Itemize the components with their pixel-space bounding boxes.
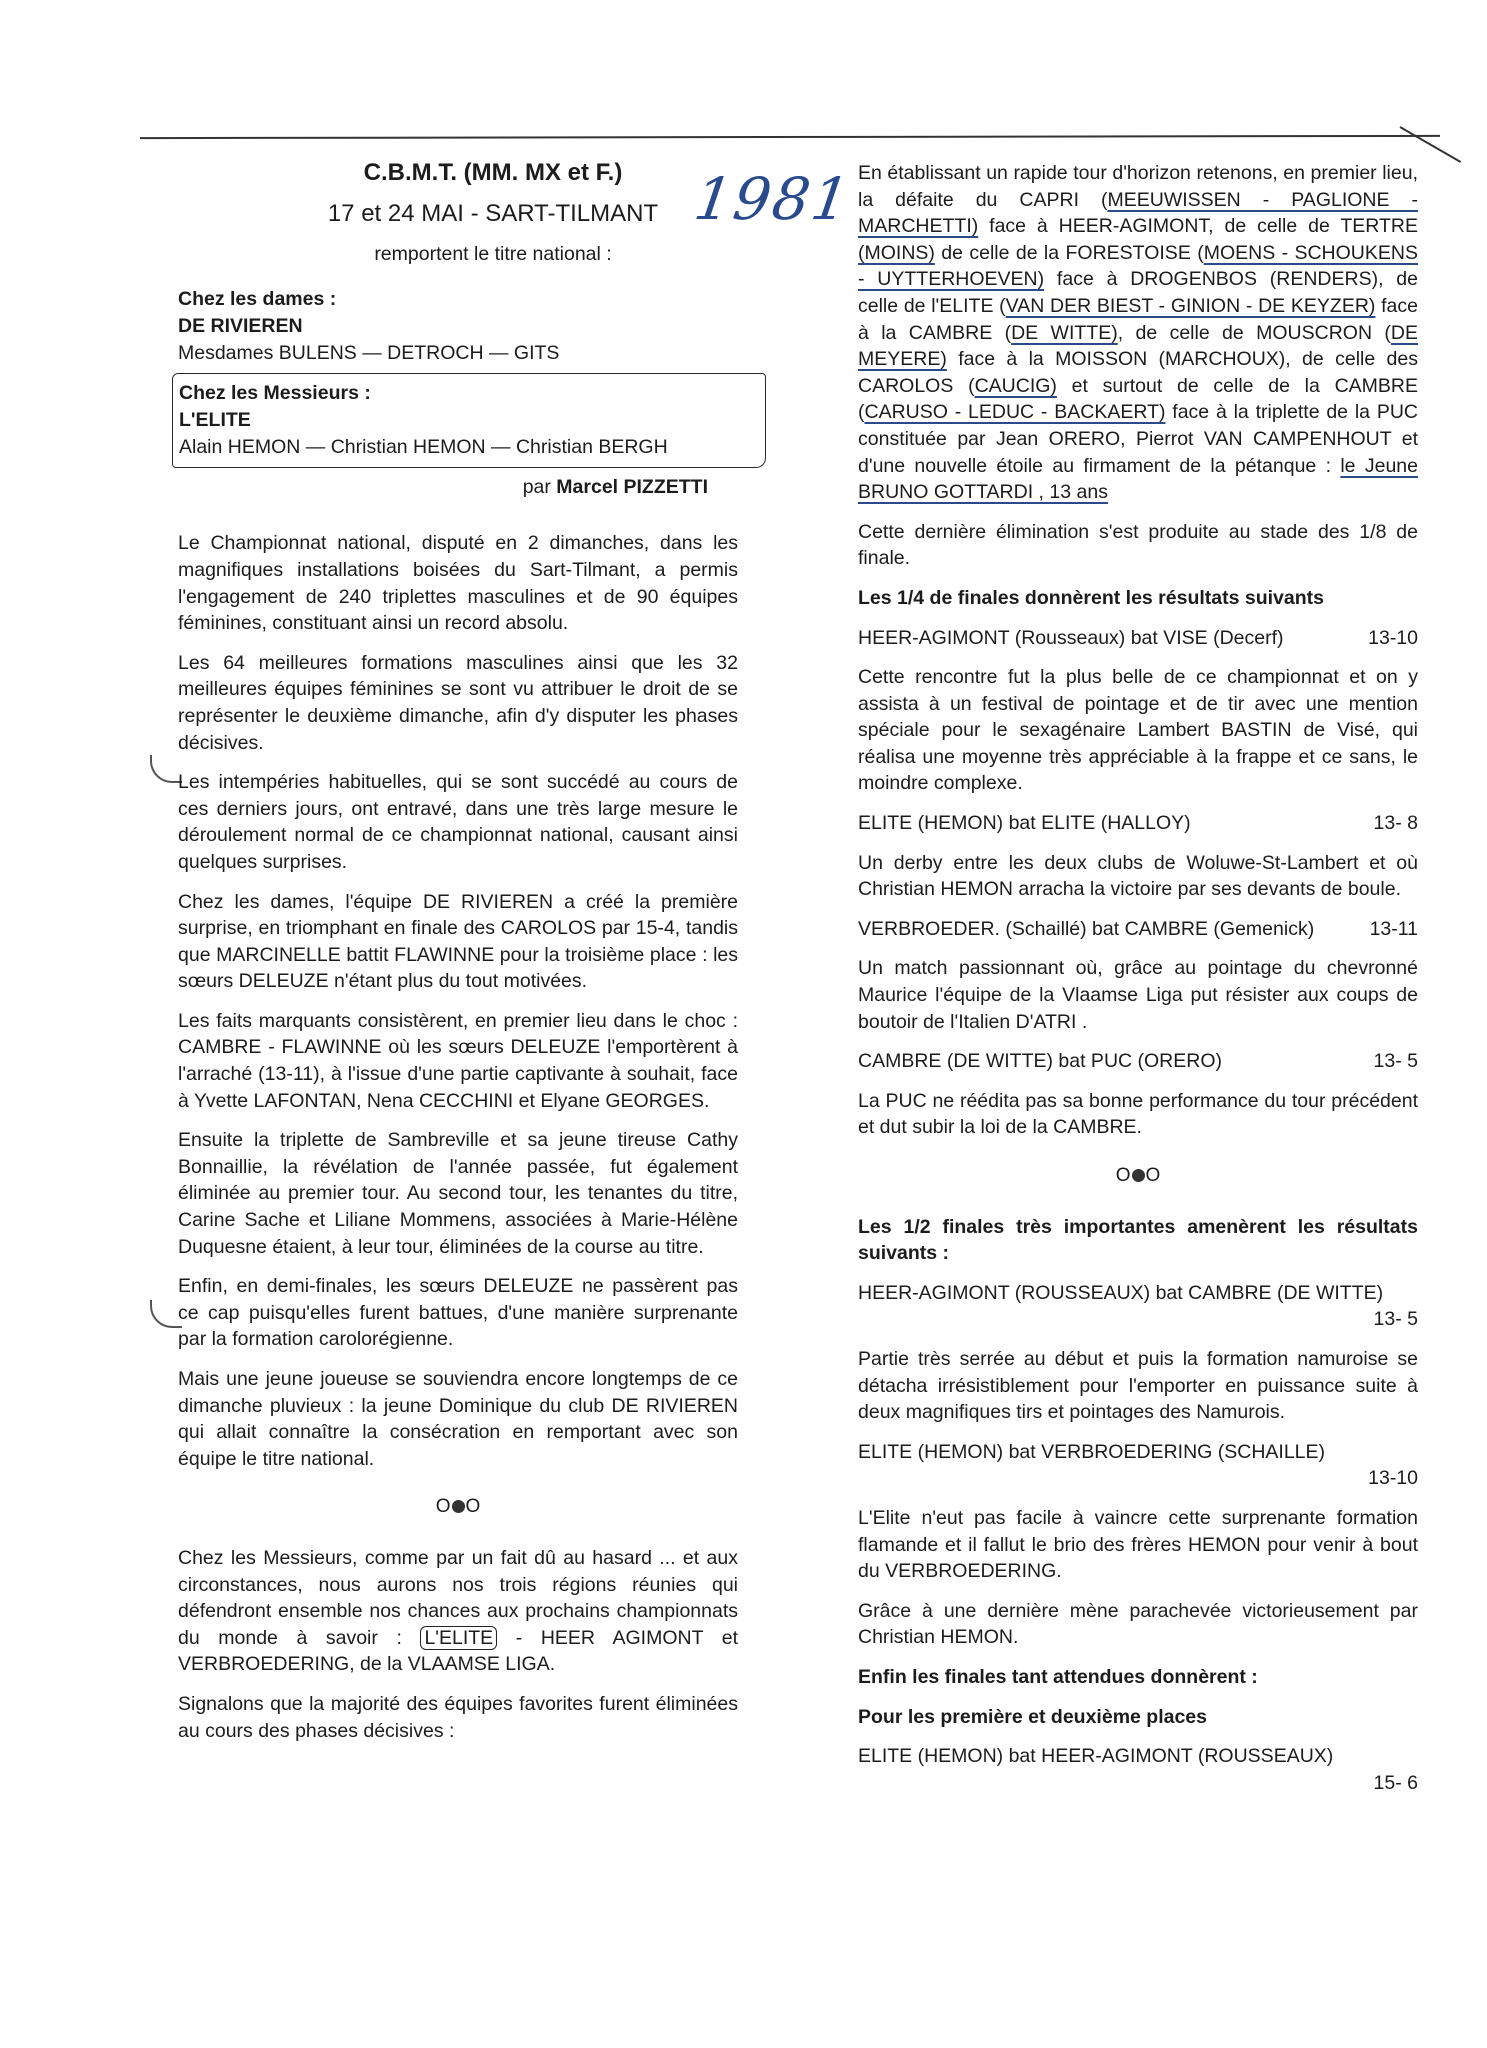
elimination-note: Cette dernière élimination s'est produit… xyxy=(858,519,1418,572)
circled-team: L'ELITE xyxy=(420,1626,497,1650)
semi-finals-heading: Les 1/2 finales très importantes amenère… xyxy=(858,1214,1418,1267)
match: ELITE (HEMON) bat VERBROEDERING (SCHAILL… xyxy=(858,1439,1418,1466)
result-row: CAMBRE (DE WITTE) bat PUC (ORERO)13- 5 xyxy=(858,1048,1418,1075)
match: ELITE (HEMON) bat HEER-AGIMONT (ROUSSEAU… xyxy=(858,1743,1418,1770)
article-title: C.B.M.T. (MM. MX et F.) xyxy=(178,160,738,187)
match-comment: Grâce à une dernière mène parachevée vic… xyxy=(858,1598,1418,1651)
article-tagline: remportent le titre national : xyxy=(178,241,738,268)
result-row: ELITE (HEMON) bat ELITE (HALLOY)13- 8 xyxy=(858,810,1418,837)
score: 13- 5 xyxy=(858,1306,1418,1333)
paragraph-messieurs: Chez les Messieurs, comme par un fait dû… xyxy=(178,1545,738,1678)
dames-team: DE RIVIEREN xyxy=(178,313,738,340)
finals-subheading: Pour les première et deuxième places xyxy=(858,1704,1418,1731)
article-subtitle: 17 et 24 MAI - SART-TILMANT xyxy=(178,201,738,228)
match-comment: Un derby entre les deux clubs de Woluwe-… xyxy=(858,850,1418,903)
match-comment: La PUC ne réédita pas sa bonne performan… xyxy=(858,1088,1418,1141)
paragraph: Les 64 meilleures formations masculines … xyxy=(178,650,738,756)
paragraph: Les faits marquants consistèrent, en pre… xyxy=(178,1008,738,1114)
page-top-edge xyxy=(140,135,1440,139)
result-row: ELITE (HEMON) bat VERBROEDERING (SCHAILL… xyxy=(858,1439,1418,1492)
paragraph: Chez les dames, l'équipe DE RIVIEREN a c… xyxy=(178,889,738,995)
match-comment: Cette rencontre fut la plus belle de ce … xyxy=(858,664,1418,797)
match: VERBROEDER. (Schaillé) bat CAMBRE (Gemen… xyxy=(858,916,1314,943)
match-comment: L'Elite n'eut pas facile à vaincre cette… xyxy=(858,1505,1418,1585)
paragraph: Signalons que la majorité des équipes fa… xyxy=(178,1691,738,1744)
result-row: HEER-AGIMONT (ROUSSEAUX) bat CAMBRE (DE … xyxy=(858,1280,1418,1333)
match-comment: Un match passionnant où, grâce au pointa… xyxy=(858,955,1418,1035)
pen-underlined-names: CARUSO - LEDUC - BACKAERT) xyxy=(865,401,1166,423)
messieurs-players: Alain HEMON — Christian HEMON — Christia… xyxy=(179,434,757,461)
match: ELITE (HEMON) bat ELITE (HALLOY) xyxy=(858,810,1191,837)
paragraph: Ensuite la triplette de Sambreville et s… xyxy=(178,1127,738,1260)
left-column: C.B.M.T. (MM. MX et F.) 17 et 24 MAI - S… xyxy=(178,160,738,1757)
result-row: HEER-AGIMONT (Rousseaux) bat VISE (Decer… xyxy=(858,625,1418,652)
byline: par Marcel PIZZETTI xyxy=(178,474,708,501)
paragraph: Les intempéries habituelles, qui se sont… xyxy=(178,769,738,875)
paragraph: Mais une jeune joueuse se souviendra enc… xyxy=(178,1366,738,1472)
pen-underlined-names: (MOINS) xyxy=(858,242,935,264)
result-row: ELITE (HEMON) bat HEER-AGIMONT (ROUSSEAU… xyxy=(858,1743,1418,1796)
match-comment: Partie très serrée au début et puis la f… xyxy=(858,1346,1418,1426)
match: HEER-AGIMONT (Rousseaux) bat VISE (Decer… xyxy=(858,625,1284,652)
intro-paragraph: En établissant un rapide tour d'horizon … xyxy=(858,160,1418,506)
byline-author: Marcel PIZZETTI xyxy=(556,476,708,498)
result-row: VERBROEDER. (Schaillé) bat CAMBRE (Gemen… xyxy=(858,916,1418,943)
dames-players: Mesdames BULENS — DETROCH — GITS xyxy=(178,340,738,367)
score: 13- 8 xyxy=(1374,810,1418,837)
text-segment: de celle de la FORESTOISE ( xyxy=(935,242,1204,264)
pen-underlined-names: VAN DER BIEST - GINION - DE KEYZER) xyxy=(1006,295,1376,317)
paragraph: Le Championnat national, disputé en 2 di… xyxy=(178,530,738,636)
quarter-finals-heading: Les 1/4 de finales donnèrent les résulta… xyxy=(858,585,1418,612)
score: 13-10 xyxy=(1368,625,1418,652)
pen-underlined-names: CAUCIG) xyxy=(975,375,1057,397)
paragraph: Enfin, en demi-finales, les sœurs DELEUZ… xyxy=(178,1273,738,1353)
match: HEER-AGIMONT (ROUSSEAUX) bat CAMBRE (DE … xyxy=(858,1280,1418,1307)
finals-heading: Enfin les finales tant attendues donnère… xyxy=(858,1664,1418,1691)
boule-icon xyxy=(452,1500,465,1513)
byline-prefix: par xyxy=(523,476,551,498)
boule-icon xyxy=(1132,1169,1145,1182)
right-column: En établissant un rapide tour d'horizon … xyxy=(858,160,1418,1809)
match: CAMBRE (DE WITTE) bat PUC (ORERO) xyxy=(858,1048,1222,1075)
section-separator: OO xyxy=(178,1494,738,1521)
text-segment: face à HEER-AGIMONT, de celle de TERTRE xyxy=(978,215,1418,237)
messieurs-team: L'ELITE xyxy=(179,407,757,434)
score: 15- 6 xyxy=(858,1770,1418,1797)
score: 13- 5 xyxy=(1374,1048,1418,1075)
messieurs-winner-box: Chez les Messieurs : L'ELITE Alain HEMON… xyxy=(172,373,766,468)
messieurs-label: Chez les Messieurs : xyxy=(179,380,757,407)
score: 13-11 xyxy=(1370,916,1418,943)
text-segment: , de celle de MOUSCRON ( xyxy=(1118,322,1391,344)
score: 13-10 xyxy=(858,1465,1418,1492)
pen-underlined-names: DE WITTE) xyxy=(1011,322,1118,344)
dames-label: Chez les dames : xyxy=(178,286,738,313)
page-corner-tear xyxy=(1400,126,1462,163)
section-separator: OO xyxy=(858,1163,1418,1190)
